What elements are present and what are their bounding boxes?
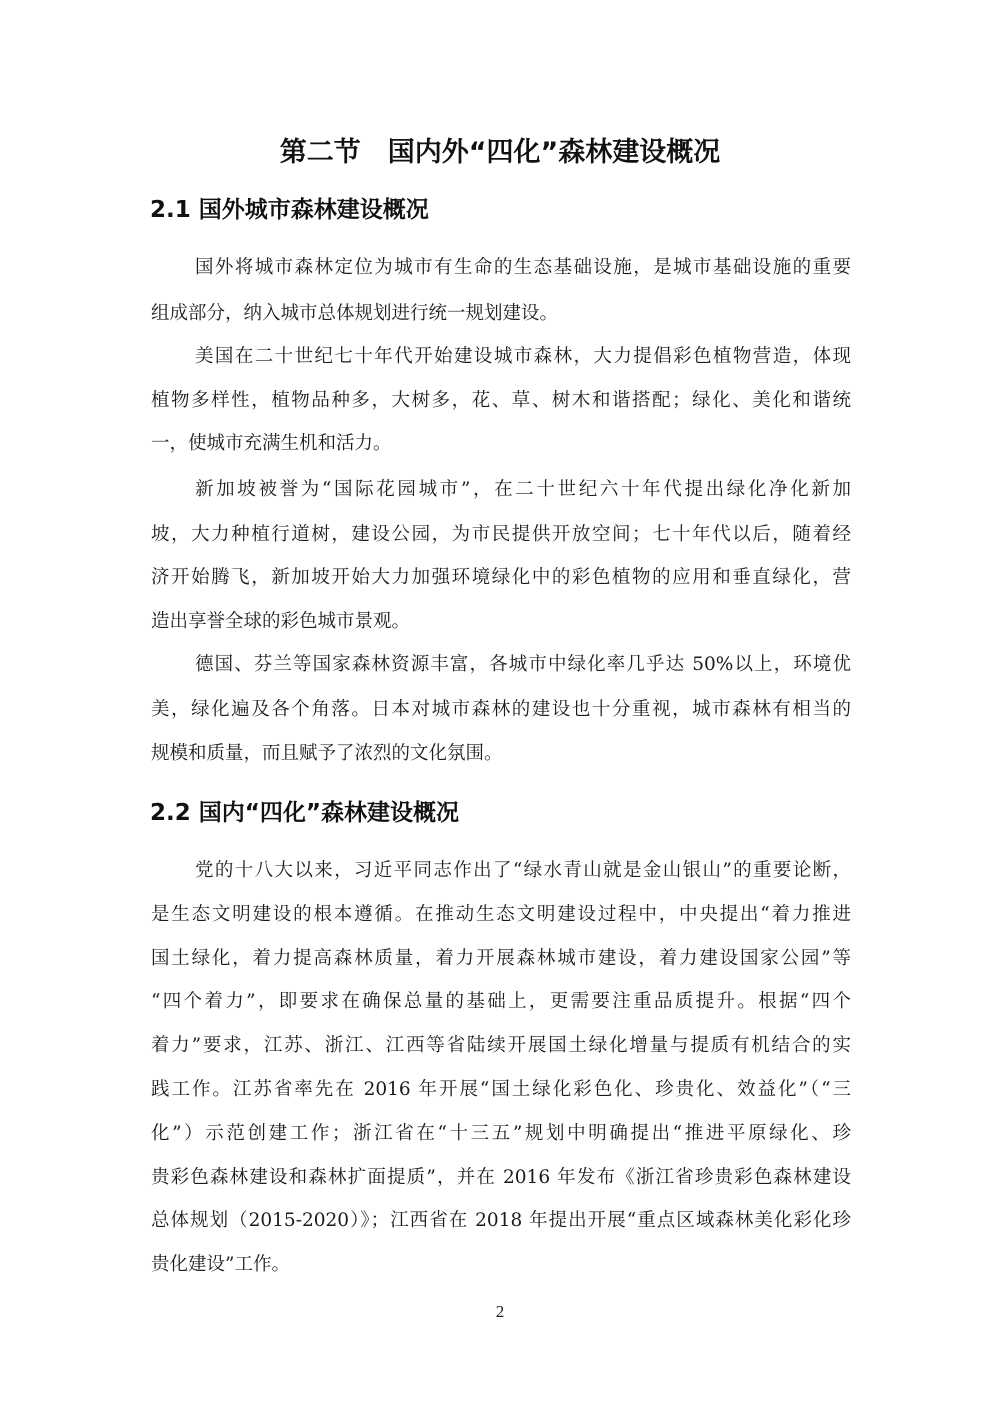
paragraph-line: 植物多样性，植物品种多，大树多，花、草、树木和谐搭配；绿化、美化和谐统 bbox=[151, 388, 851, 414]
paragraph-line: 党的十八大以来，习近平同志作出了“绿水青山就是金山银山”的重要论断， bbox=[195, 858, 851, 884]
paragraph-line: 坡，大力种植行道树，建设公园，为市民提供开放空间；七十年代以后，随着经 bbox=[151, 522, 851, 548]
paragraph-line: 贵化建设”工作。 bbox=[151, 1252, 290, 1278]
paragraph-line: 贵彩色森林建设和森林扩面提质”，并在 2016 年发布《浙江省珍贵彩色森林建设 bbox=[151, 1165, 851, 1191]
paragraph-line: 国土绿化，着力提高森林质量，着力开展森林城市建设，着力建设国家公园”等 bbox=[151, 946, 851, 972]
document-page: 第二节 国内外“四化”森林建设概况 2.1 国外城市森林建设概况 国外将城市森林… bbox=[0, 0, 1000, 1414]
paragraph-line: 一，使城市充满生机和活力。 bbox=[151, 431, 392, 457]
paragraph-line: 化”）示范创建工作；浙江省在“十三五”规划中明确提出“推进平原绿化、珍 bbox=[151, 1121, 851, 1147]
paragraph-line: 国外将城市森林定位为城市有生命的生态基础设施，是城市基础设施的重要 bbox=[195, 255, 851, 281]
paragraph-line: 美，绿化遍及各个角落。日本对城市森林的建设也十分重视，城市森林有相当的 bbox=[151, 697, 851, 723]
page-number: 2 bbox=[0, 1302, 1000, 1322]
paragraph-line: 总体规划（2015-2020）》；江西省在 2018 年提出开展“重点区域森林美… bbox=[151, 1208, 851, 1234]
paragraph-line: 组成部分，纳入城市总体规划进行统一规划建设。 bbox=[151, 301, 558, 327]
paragraph-line: 济开始腾飞，新加坡开始大力加强环境绿化中的彩色植物的应用和垂直绿化，营 bbox=[151, 565, 851, 591]
paragraph-line: 践工作。江苏省率先在 2016 年开展“国土绿化彩色化、珍贵化、效益化”（“三 bbox=[151, 1077, 851, 1103]
paragraph-line: 新加坡被誉为“国际花园城市”，在二十世纪六十年代提出绿化净化新加 bbox=[195, 477, 851, 503]
subsection-heading-2-2: 2.2 国内“四化”森林建设概况 bbox=[150, 797, 459, 829]
paragraph-line: 是生态文明建设的根本遵循。在推动生态文明建设过程中，中央提出“着力推进 bbox=[151, 902, 851, 928]
paragraph-line: 德国、芬兰等国家森林资源丰富，各城市中绿化率几乎达 50%以上，环境优 bbox=[195, 652, 851, 678]
paragraph-line: 美国在二十世纪七十年代开始建设城市森林，大力提倡彩色植物营造，体现 bbox=[195, 344, 851, 370]
paragraph-line: “四个着力”，即要求在确保总量的基础上，更需要注重品质提升。根据“四个 bbox=[151, 989, 851, 1015]
subsection-heading-2-1: 2.1 国外城市森林建设概况 bbox=[150, 194, 429, 226]
paragraph-line: 造出享誉全球的彩色城市景观。 bbox=[151, 609, 410, 635]
section-title: 第二节 国内外“四化”森林建设概况 bbox=[0, 134, 1000, 172]
paragraph-line: 着力”要求，江苏、浙江、江西等省陆续开展国土绿化增量与提质有机结合的实 bbox=[151, 1033, 851, 1059]
paragraph-line: 规模和质量，而且赋予了浓烈的文化氛围。 bbox=[151, 741, 503, 767]
